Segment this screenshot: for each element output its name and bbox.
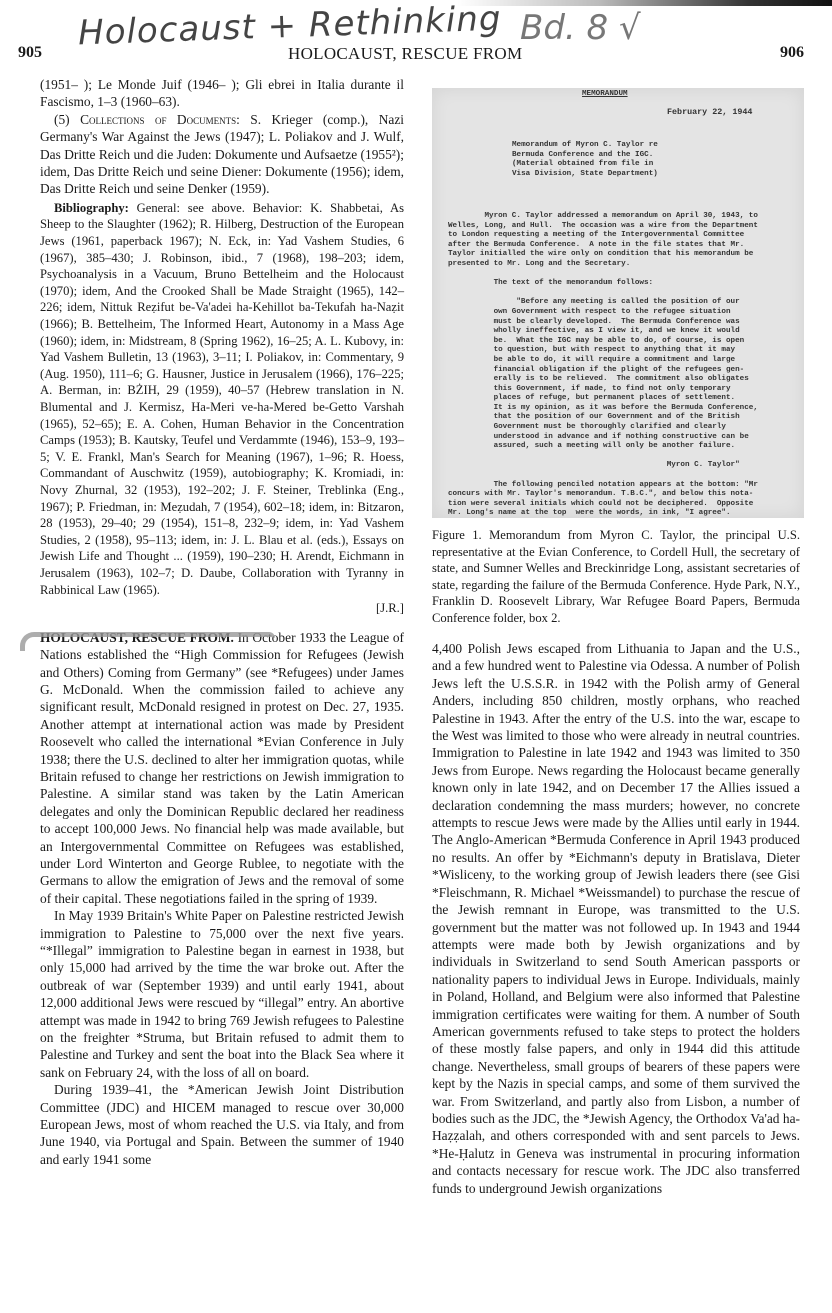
collections-label: (5) Collections of Documents: — [54, 112, 240, 127]
bibliography-label: Bibliography: — [54, 201, 129, 215]
entry-paragraph-2: In May 1939 Britain's White Paper on Pal… — [40, 907, 404, 1081]
figure-caption: Figure 1. Memorandum from Myron C. Taylo… — [432, 527, 800, 626]
bibliography-paragraph: Bibliography: General: see above. Behavi… — [40, 200, 404, 598]
entry-first-paragraph: HOLOCAUST, RESCUE FROM. In October 1933 … — [40, 629, 404, 908]
memo-body: Myron C. Taylor addressed a memorandum o… — [448, 212, 788, 519]
page-number-right: 906 — [780, 44, 804, 62]
left-column: (1951– ); Le Monde Juif (1946– ); Gli eb… — [40, 76, 404, 1168]
memorandum-figure: MEMORANDUM February 22, 1944 Memorandum … — [432, 88, 804, 518]
highlighter-mark — [20, 632, 275, 651]
author-initials: [J.R.] — [40, 600, 404, 617]
page-number-left: 905 — [18, 44, 42, 62]
bibliography-text: General: see above. Behavior: K. Shabbet… — [40, 201, 404, 597]
entry-p1-text: In October 1933 the League of Nations es… — [40, 630, 404, 906]
right-column: 4,400 Polish Jews escaped from Lithuania… — [432, 640, 800, 1197]
collections-paragraph: (5) Collections of Documents: S. Krieger… — [40, 111, 404, 198]
handwritten-annotation-volume: Bd. 8 √ — [520, 8, 641, 48]
right-column-paragraph: 4,400 Polish Jews escaped from Lithuania… — [432, 640, 800, 1197]
running-head: HOLOCAUST, RESCUE FROM — [288, 44, 522, 64]
memo-heading: MEMORANDUM — [582, 90, 628, 100]
memo-subject: Memorandum of Myron C. Taylor re Bermuda… — [512, 141, 658, 179]
previous-entry-continuation: (1951– ); Le Monde Juif (1946– ); Gli eb… — [40, 76, 404, 111]
entry-paragraph-3: During 1939–41, the *American Jewish Joi… — [40, 1081, 404, 1168]
memo-date: February 22, 1944 — [667, 108, 752, 118]
